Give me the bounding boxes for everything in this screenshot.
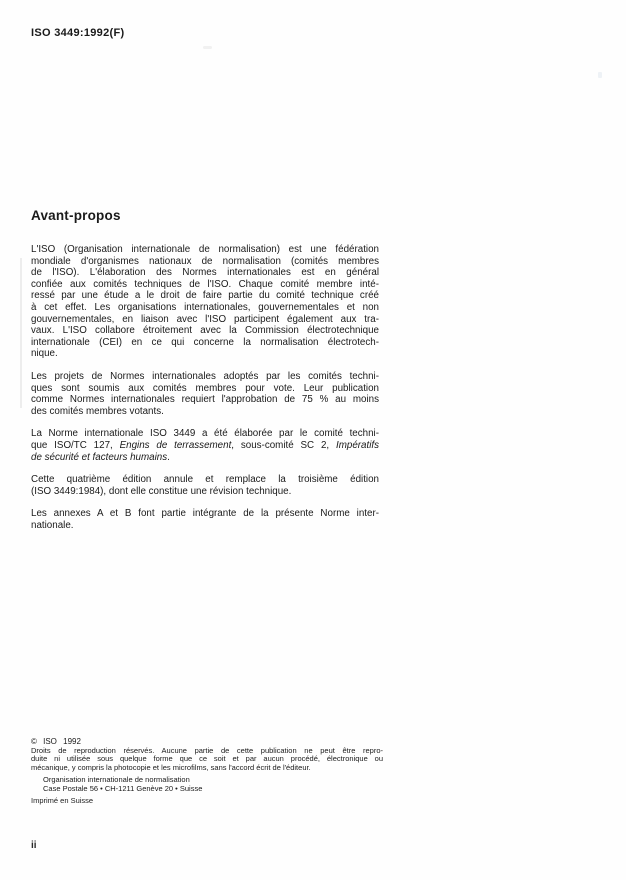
text-segment: . <box>167 452 170 463</box>
foreword-paragraph: Les projets de Normes internationales ad… <box>31 371 379 417</box>
scan-artifact <box>598 72 602 78</box>
paragraph-line: mondiale d'organismes nationaux de norma… <box>31 256 379 268</box>
foreword-paragraphs: L'ISO (Organisation internationale de no… <box>31 244 379 531</box>
paragraph-line: des comités membres votants. <box>31 406 379 418</box>
paragraph-line: à cet effet. Les organisations internati… <box>31 302 379 314</box>
printed-line: Imprimé en Suisse <box>31 796 383 805</box>
paragraph-line: gouvernementales, en liaison avec l'ISO … <box>31 314 379 326</box>
text-segment: La Norme internationale ISO 3449 a été é… <box>31 428 379 439</box>
address-line: Case Postale 56 • CH-1211 Genève 20 • Su… <box>43 784 383 793</box>
paragraph-line: internationale (CEI) en ce qui concerne … <box>31 337 379 349</box>
italic-text: de sécurité et facteurs humains <box>31 452 167 463</box>
header-reference: ISO 3449:1992(F) <box>31 27 124 39</box>
paragraph-line: Cette quatrième édition annule et rempla… <box>31 474 379 486</box>
paragraph-line: nationale. <box>31 520 379 532</box>
italic-text: Engins de terrassement <box>120 440 232 451</box>
paragraph-line: de sécurité et facteurs humains. <box>31 452 379 464</box>
paragraph-line: ques sont soumis aux comités membres pou… <box>31 383 379 395</box>
address-line: Organisation internationale de normalisa… <box>43 775 383 784</box>
paragraph-line: comme Normes internationales requiert l'… <box>31 394 379 406</box>
paragraph-line: vaux. L'ISO collabore étroitement avec l… <box>31 325 379 337</box>
text-segment: que ISO/TC 127, <box>31 440 120 451</box>
foreword-paragraph: L'ISO (Organisation internationale de no… <box>31 244 379 360</box>
paragraph-line: L'ISO (Organisation internationale de no… <box>31 244 379 256</box>
paragraph-line: confiée aux comités techniques de l'ISO.… <box>31 279 379 291</box>
foreword-paragraph: Les annexes A et B font partie intégrant… <box>31 508 379 531</box>
foreword-paragraph: La Norme internationale ISO 3449 a été é… <box>31 428 379 463</box>
italic-text: Impératifs <box>336 440 379 451</box>
paragraph-line: nique. <box>31 348 379 360</box>
scan-artifact <box>203 46 212 49</box>
foreword-title: Avant-propos <box>31 208 379 223</box>
paragraph-line: Les projets de Normes internationales ad… <box>31 371 379 383</box>
scan-artifact <box>20 258 22 408</box>
notice-line: mécanique, y compris la photocopie et le… <box>31 764 383 773</box>
paragraph-line: de l'ISO). L'élaboration des Normes inte… <box>31 267 379 279</box>
page-number: ii <box>31 840 37 851</box>
document-page: ISO 3449:1992(F) Avant-propos L'ISO (Org… <box>0 0 626 880</box>
paragraph-line: La Norme internationale ISO 3449 a été é… <box>31 428 379 440</box>
copyright-footer: © ISO 1992 Droits de reproduction réserv… <box>31 737 383 805</box>
foreword-paragraph: Cette quatrième édition annule et rempla… <box>31 474 379 497</box>
foreword-section: Avant-propos L'ISO (Organisation interna… <box>31 208 379 542</box>
text-segment: , sous-comité SC 2, <box>231 440 336 451</box>
paragraph-line: que ISO/TC 127, Engins de terrassement, … <box>31 440 379 452</box>
paragraph-line: (ISO 3449:1984), dont elle constitue une… <box>31 486 379 498</box>
paragraph-line: ressé par une étude a le droit de faire … <box>31 290 379 302</box>
paragraph-line: Les annexes A et B font partie intégrant… <box>31 508 379 520</box>
publisher-address: Organisation internationale de normalisa… <box>43 775 383 793</box>
